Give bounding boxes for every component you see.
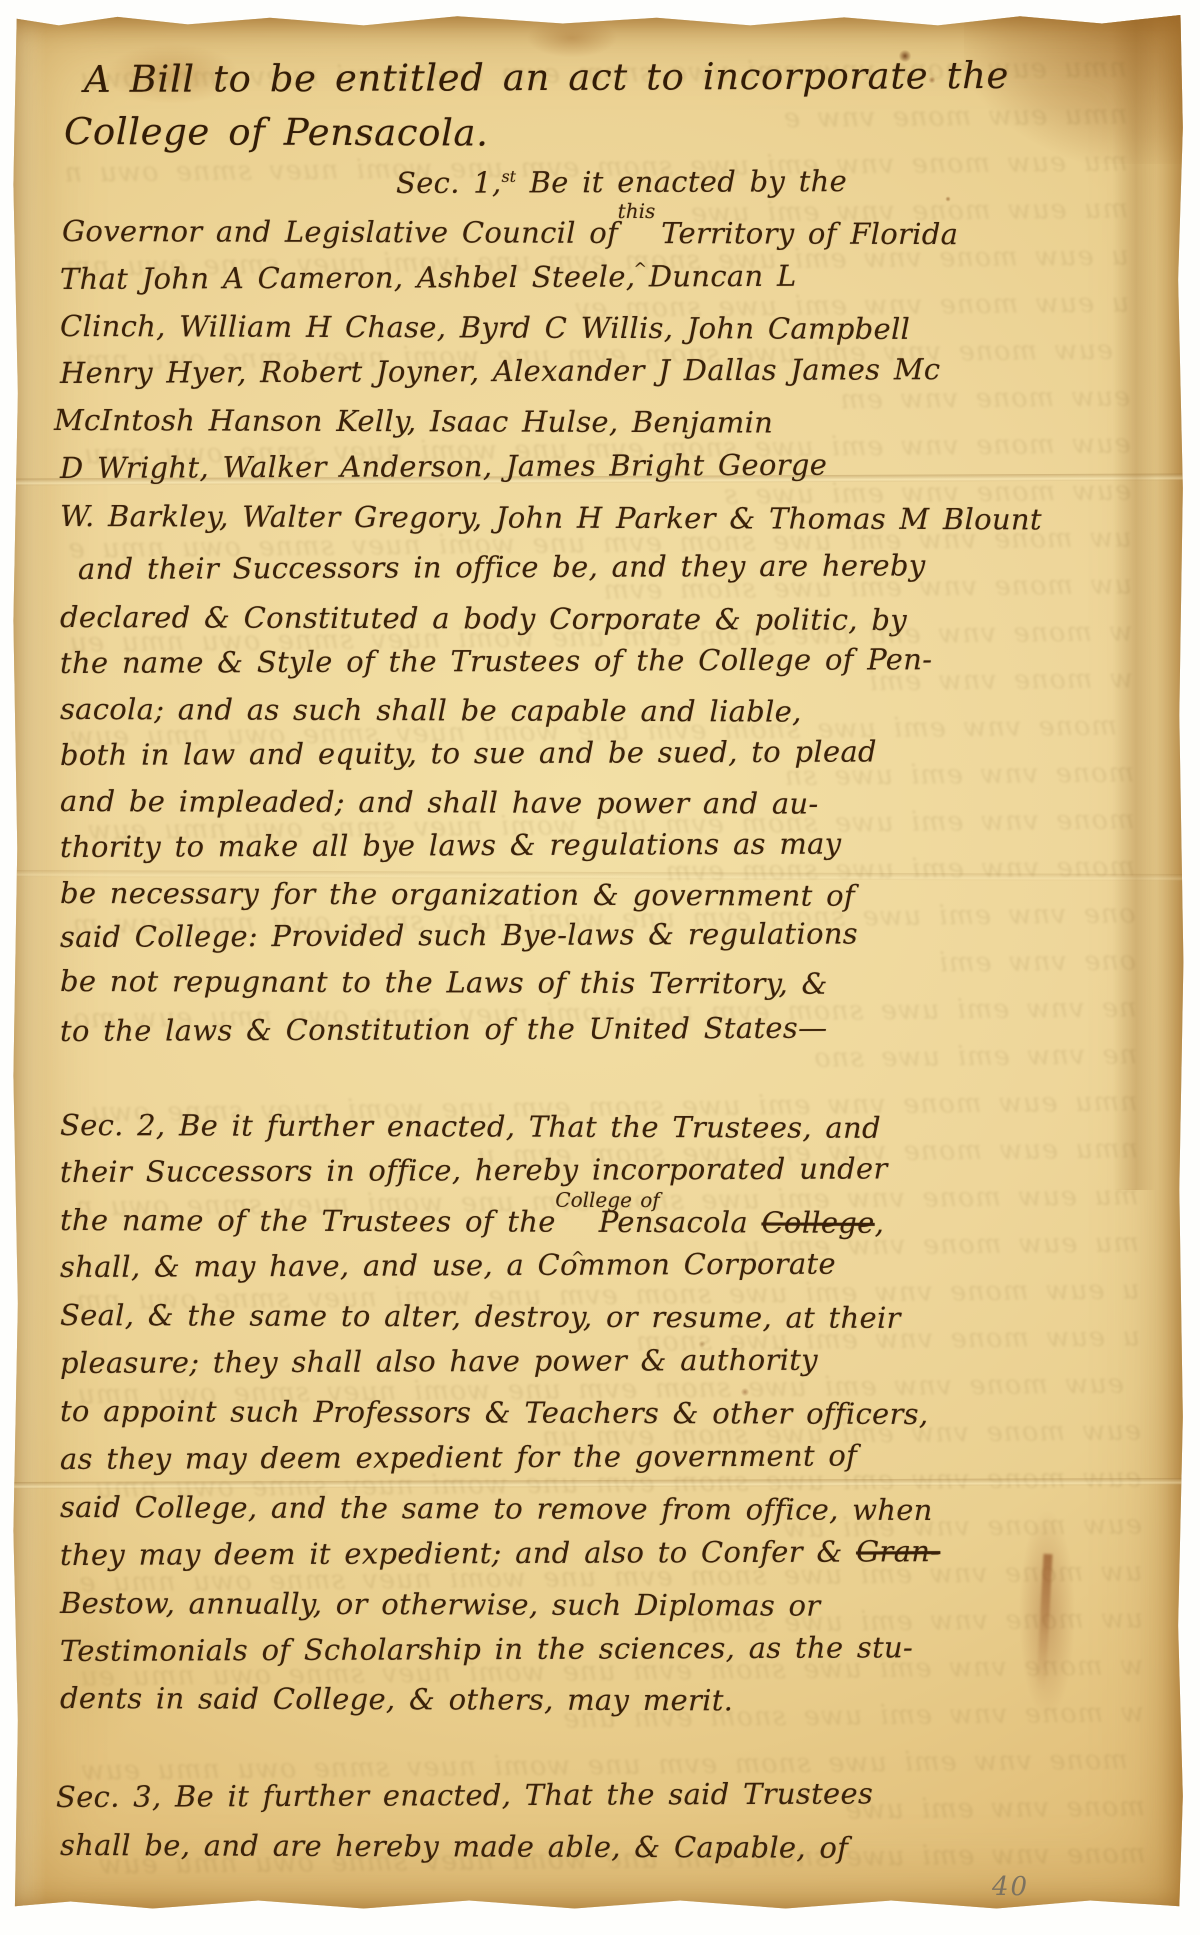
manuscript-line: as they may deem expedient for the gover… (60, 1439, 857, 1476)
manuscript-line: dents in said College, & others, may mer… (60, 1681, 733, 1717)
manuscript-line: That John A Cameron, Ashbel Steele, Dunc… (60, 259, 797, 296)
manuscript-line: they may deem it expedient; and also to … (60, 1534, 940, 1572)
manuscript-line: their Successors in office, hereby incor… (60, 1151, 888, 1189)
inserted-word-above: College of (555, 1188, 660, 1212)
line-text: Sec. 1, (396, 166, 502, 200)
page-number-pencil: 40 (992, 1872, 1029, 1902)
manuscript-line: shall be, and are hereby made able, & Ca… (60, 1828, 848, 1865)
manuscript-line: pleasure; they shall also have power & a… (60, 1343, 818, 1380)
line-text: Be it enacted by the (516, 164, 847, 199)
inserted-word-above: this (618, 199, 656, 223)
line-text: they may deem it expedient; and also to … (60, 1535, 856, 1572)
struck-word: College (761, 1205, 874, 1239)
struck-word: Gran- (856, 1534, 940, 1568)
manuscript-line: Testimonials of Scholarship in the scien… (60, 1630, 913, 1668)
line-text: Governor and Legislative Council of (62, 214, 632, 250)
line-text: the name of the Trustees of the (60, 1203, 569, 1239)
section2-opening: Sec. 2, Be it further enacted, That the … (60, 1108, 881, 1145)
manuscript-line: sacola; and as such shall be capable and… (60, 692, 802, 729)
manuscript-line: said College: Provided such Bye-laws & r… (60, 917, 858, 954)
line-text: Territory of Florida (648, 216, 959, 251)
manuscript-line: shall, & may have, and use, a Common Cor… (60, 1247, 836, 1284)
manuscript-line: and be impleaded; and shall have power a… (60, 784, 819, 821)
manuscript-line: Clinch, William H Chase, Byrd C Willis, … (60, 309, 910, 346)
manuscript-line: and their Successors in office be, and t… (78, 548, 926, 586)
manuscript-text: A Bill to be entitled an act to incorpor… (0, 0, 1200, 1935)
manuscript-line: to appoint such Professors & Teachers & … (60, 1394, 929, 1431)
section3-opening: Sec. 3, Be it further enacted, That the … (56, 1776, 873, 1814)
title-line-1: A Bill to be entitled an act to incorpor… (84, 54, 1009, 101)
manuscript-line: both in law and equity, to sue and be su… (60, 734, 877, 772)
manuscript-line: Seal, & the same to alter, destroy, or r… (60, 1298, 901, 1335)
manuscript-line: to the laws & Constitution of the United… (60, 1011, 827, 1048)
manuscript-line: the name of the Trustees of the College … (60, 1203, 884, 1240)
manuscript-line: declared & Constituted a body Corporate … (60, 600, 907, 637)
ordinal-superscript: st (501, 167, 516, 186)
manuscript-line: D Wright, Walker Anderson, James Bright … (60, 448, 827, 485)
manuscript-line: Henry Hyer, Robert Joyner, Alexander J D… (60, 352, 941, 390)
manuscript-line: be not repugnant to the Laws of this Ter… (60, 964, 828, 1001)
section1-opening: Sec. 1,st Be it enacted by the (396, 164, 847, 200)
manuscript-line: McIntosh Hanson Kelly, Isaac Hulse, Benj… (54, 403, 773, 440)
manuscript-line: the name & Style of the Trustees of the … (60, 642, 932, 680)
title-line-2: College of Pensacola. (64, 110, 489, 154)
manuscript-line: Governor and Legislative Council of this… (62, 214, 958, 251)
manuscript-line: said College, and the same to remove fro… (60, 1490, 933, 1527)
manuscript-line: be necessary for the organization & gove… (60, 876, 855, 913)
manuscript-line: thority to make all bye laws & regulatio… (60, 827, 842, 864)
line-text: , (875, 1206, 885, 1240)
manuscript-line: W. Barkley, Walter Gregory, John H Parke… (60, 499, 1042, 536)
manuscript-line: Bestow, annually, or otherwise, such Dip… (60, 1586, 821, 1623)
